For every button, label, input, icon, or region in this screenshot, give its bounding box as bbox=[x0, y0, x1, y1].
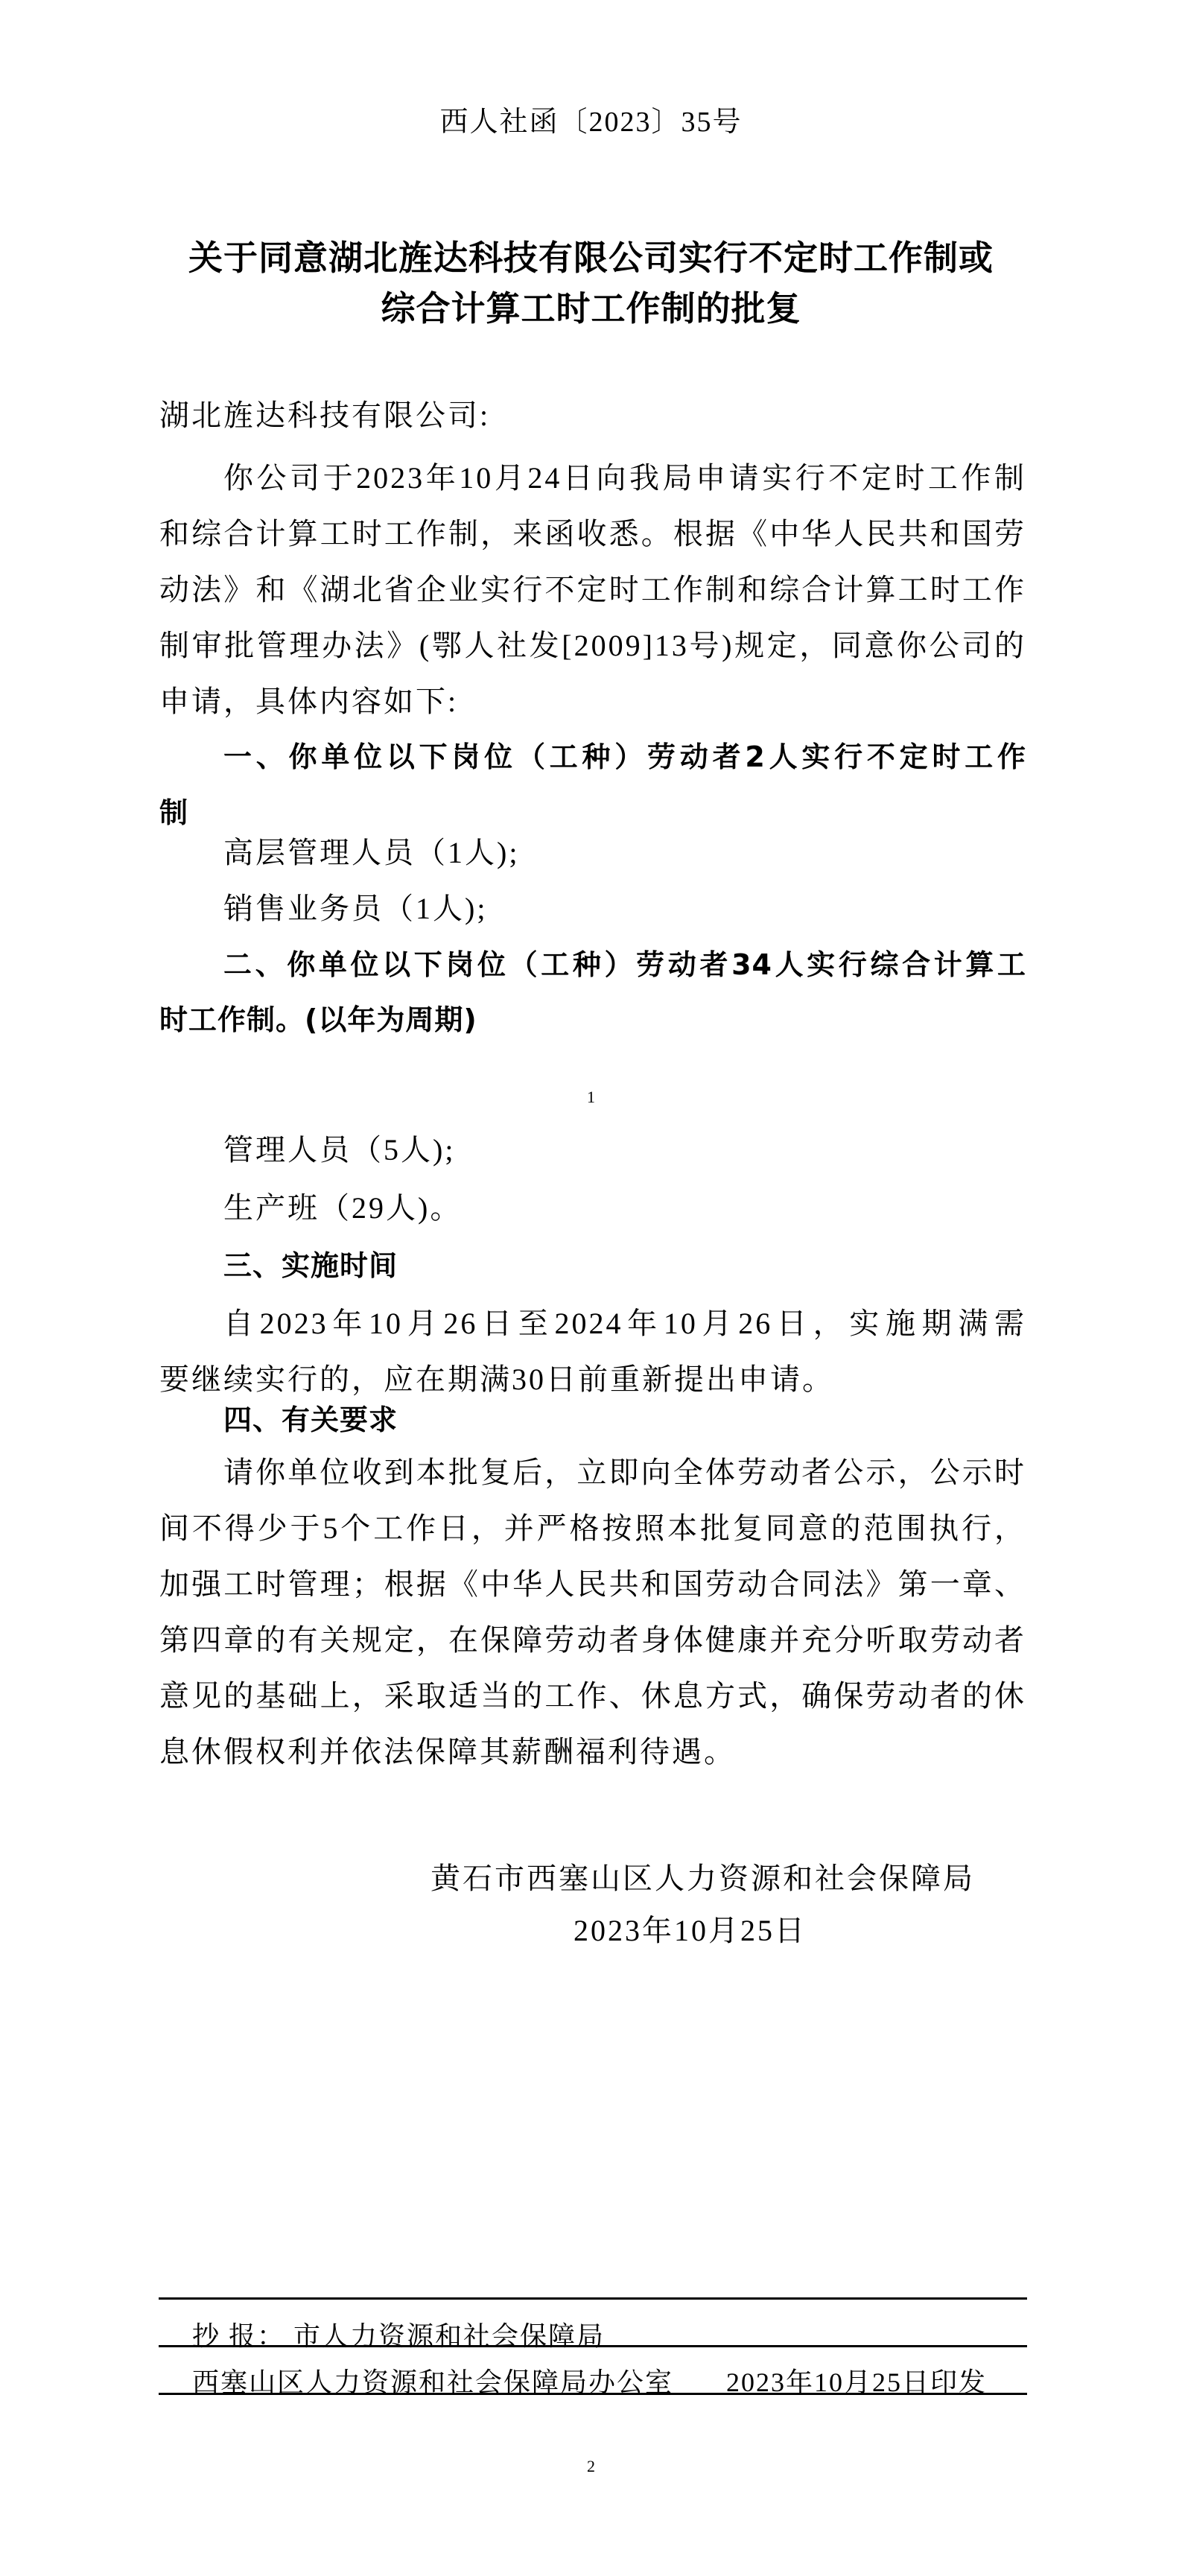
section-4-line: 请你单位收到本批复后，立即向全体劳动者公示，公示时 bbox=[223, 1449, 1026, 1491]
section-2-item: 管理人员（5人); bbox=[223, 1126, 1026, 1169]
addressee: 湖北旌达科技有限公司: bbox=[159, 392, 1026, 434]
page-number-2: 2 bbox=[0, 2457, 1182, 2476]
page-number-1: 1 bbox=[0, 1088, 1182, 1107]
footer-top-rule bbox=[159, 2297, 1027, 2300]
section-4-line: 间不得少于5个工作日，并严格按照本批复同意的范围执行， bbox=[159, 1505, 1026, 1547]
section-4-line: 第四章的有关规定，在保障劳动者身体健康并充分听取劳动者 bbox=[159, 1617, 1026, 1659]
section-2-item: 生产班（29人)。 bbox=[223, 1184, 1026, 1227]
section-4-line: 息休假权利并依法保障其薪酬福利待遇。 bbox=[159, 1728, 1026, 1771]
intro-line: 申请，具体内容如下: bbox=[159, 678, 1026, 720]
footer-middle-rule bbox=[159, 2345, 1027, 2347]
section-1-item: 销售业务员（1人); bbox=[223, 885, 1026, 927]
footer-bottom-rule bbox=[159, 2393, 1027, 2395]
section-4-line: 意见的基础上，采取适当的工作、休息方式，确保劳动者的休 bbox=[159, 1672, 1026, 1715]
section-3-heading: 三、实施时间 bbox=[223, 1243, 1026, 1284]
signature-date: 2023年10月25日 bbox=[573, 1907, 807, 1950]
section-4-line: 加强工时管理；根据《中华人民共和国劳动合同法》第一章、 bbox=[159, 1561, 1026, 1603]
section-4-heading: 四、有关要求 bbox=[223, 1397, 1026, 1438]
section-3-line: 自2023年10月26日至2024年10月26日，实施期满需 bbox=[223, 1300, 1026, 1342]
intro-line: 制审批管理办法》(鄂人社发[2009]13号)规定，同意你公司的 bbox=[159, 622, 1026, 664]
document-number: 西人社函〔2023〕35号 bbox=[0, 98, 1182, 139]
section-2-heading-cont: 时工作制。(以年为周期) bbox=[159, 997, 1026, 1038]
section-3-line: 要继续实行的，应在期满30日前重新提出申请。 bbox=[159, 1356, 1026, 1398]
section-1-heading: 一、你单位以下岗位（工种）劳动者2人实行不定时工作 bbox=[223, 734, 1026, 775]
section-2-heading: 二、你单位以下岗位（工种）劳动者34人实行综合计算工 bbox=[223, 942, 1026, 983]
document-title-line-2: 综合计算工时工作制的批复 bbox=[0, 282, 1182, 331]
section-1-item: 高层管理人员（1人); bbox=[223, 829, 1026, 872]
signature-issuer: 黄石市西塞山区人力资源和社会保障局 bbox=[430, 1855, 975, 1897]
footer-cc: 抄 报： 市人力资源和社会保障局 bbox=[192, 2315, 605, 2353]
document-title-line-1: 关于同意湖北旌达科技有限公司实行不定时工作制或 bbox=[0, 231, 1182, 280]
intro-line: 你公司于2023年10月24日向我局申请实行不定时工作制 bbox=[223, 454, 1026, 497]
intro-line: 和综合计算工时工作制，来函收悉。根据《中华人民共和国劳 bbox=[159, 510, 1026, 553]
intro-line: 动法》和《湖北省企业实行不定时工作制和综合计算工时工作 bbox=[159, 566, 1026, 609]
section-1-heading-cont: 制 bbox=[159, 790, 1026, 831]
